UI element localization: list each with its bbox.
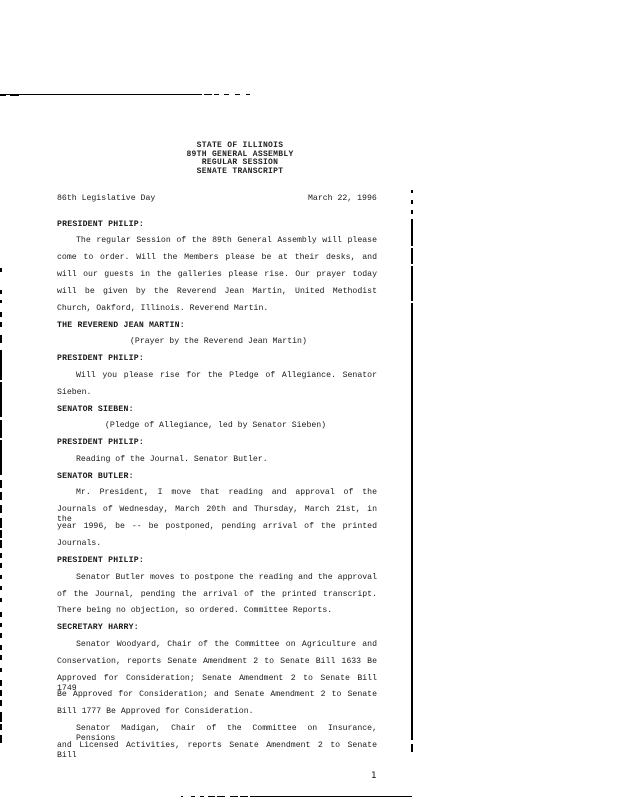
session-date: March 22, 1996 [308, 194, 378, 204]
transcript-line: Senator Butler moves to postpone the rea… [76, 573, 377, 583]
left-margin-line [0, 612, 2, 617]
left-margin-line [0, 633, 2, 638]
left-margin-line [0, 505, 2, 513]
left-margin-line [0, 530, 2, 538]
left-margin-line [0, 655, 2, 660]
left-margin-line [0, 312, 2, 317]
bottom-scan-dash [191, 796, 195, 797]
transcript-line: The regular Session of the 89th General … [76, 236, 377, 246]
right-margin-line [411, 266, 413, 301]
transcript-line: and Licensed Activities, reports Senate … [57, 741, 377, 761]
left-margin-line [0, 724, 2, 730]
left-margin-line [0, 575, 2, 579]
left-margin-line [0, 700, 2, 706]
transcript-note: (Pledge of Allegiance, led by Senator Si… [105, 421, 425, 431]
top-scan-dash [10, 95, 19, 96]
left-margin-line [0, 540, 2, 548]
right-margin-dash [411, 190, 413, 193]
right-margin-line [411, 303, 413, 740]
left-margin-line [0, 598, 2, 602]
left-margin-line [0, 553, 2, 558]
transcript-line: come to order. Will the Members please b… [57, 253, 377, 263]
left-margin-line [0, 690, 2, 696]
top-scan-dash [0, 95, 6, 96]
left-margin-line [0, 300, 2, 303]
left-margin-line [0, 268, 2, 272]
bottom-scan-dash [230, 796, 238, 797]
left-margin-line [0, 623, 2, 627]
top-scan-dash [204, 94, 212, 95]
transcript-line: Bill 1777 Be Approved for Consideration. [57, 707, 377, 717]
right-margin-line [411, 248, 413, 264]
speaker-label: PRESIDENT PHILIP: [57, 438, 377, 448]
speaker-label: SENATOR SIEBEN: [57, 405, 377, 415]
top-scan-dash [246, 94, 250, 95]
top-scan-dash [224, 94, 229, 95]
transcript-note: (Prayer by the Reverend Jean Martin) [130, 337, 450, 347]
top-scan-rule [0, 94, 202, 95]
left-margin-line [0, 350, 2, 380]
right-margin-line [411, 744, 413, 752]
left-margin-line [0, 322, 2, 327]
transcript-line: Mr. President, I move that reading and a… [76, 488, 377, 498]
left-margin-line [0, 712, 2, 722]
header-title: SENATE TRANSCRIPT [150, 168, 330, 177]
transcript-line: Church, Oakford, Illinois. Reverend Mart… [57, 304, 377, 314]
transcript-line: will our guests in the galleries please … [57, 270, 377, 280]
speaker-label: SECRETARY HARRY: [57, 623, 377, 633]
speaker-label: PRESIDENT PHILIP: [57, 220, 377, 230]
bottom-scan-dash [217, 796, 225, 797]
transcript-line: Will you please rise for the Pledge of A… [76, 371, 377, 381]
transcript-line: year 1996, be -- be postponed, pending a… [57, 522, 377, 532]
right-margin-line [411, 219, 413, 246]
transcript-line: of the Journal, pending the arrival of t… [57, 590, 377, 600]
left-margin-line [0, 335, 2, 343]
left-margin-line [0, 668, 2, 672]
left-margin-line [0, 420, 2, 438]
transcript-line: Conservation, reports Senate Amendment 2… [57, 657, 377, 667]
left-margin-line [0, 645, 2, 650]
speaker-label: PRESIDENT PHILIP: [57, 354, 377, 364]
transcript-line: There being no objection, so ordered. Co… [57, 606, 377, 616]
bottom-scan-dash [181, 796, 183, 797]
transcript-line: Reading of the Journal. Senator Butler. [76, 455, 396, 465]
transcript-line: Senator Woodyard, Chair of the Committee… [76, 640, 377, 650]
transcript-header: STATE OF ILLINOIS 89TH GENERAL ASSEMBLY … [150, 142, 330, 176]
speaker-label: SENATOR BUTLER: [57, 472, 377, 482]
left-margin-line [0, 735, 2, 743]
left-margin-line [0, 480, 2, 488]
left-margin-line [0, 440, 2, 475]
top-scan-dash [214, 94, 219, 95]
page-number: 1 [371, 771, 377, 781]
transcript-line: Sieben. [57, 388, 377, 398]
left-margin-line [0, 518, 2, 528]
right-margin-dash [411, 210, 413, 214]
right-margin-dash [411, 200, 413, 204]
left-margin-line [0, 563, 2, 568]
left-margin-line [0, 382, 2, 417]
bottom-scan-dash [240, 796, 248, 797]
transcript-line: Journals. [57, 539, 377, 549]
speaker-label: THE REVEREND JEAN MARTIN: [57, 321, 377, 331]
transcript-line: Be Approved for Consideration; and Senat… [57, 690, 377, 700]
bottom-scan-dash [208, 796, 215, 797]
left-margin-line [0, 586, 2, 590]
left-margin-line [0, 290, 2, 294]
bottom-scan-dash [200, 796, 204, 797]
top-scan-dash [235, 94, 240, 95]
left-margin-line [0, 492, 2, 500]
bottom-scan-rule [250, 796, 412, 797]
transcript-line: will be given by the Reverend Jean Marti… [57, 287, 377, 297]
left-margin-line [0, 680, 2, 686]
speaker-label: PRESIDENT PHILIP: [57, 556, 377, 566]
